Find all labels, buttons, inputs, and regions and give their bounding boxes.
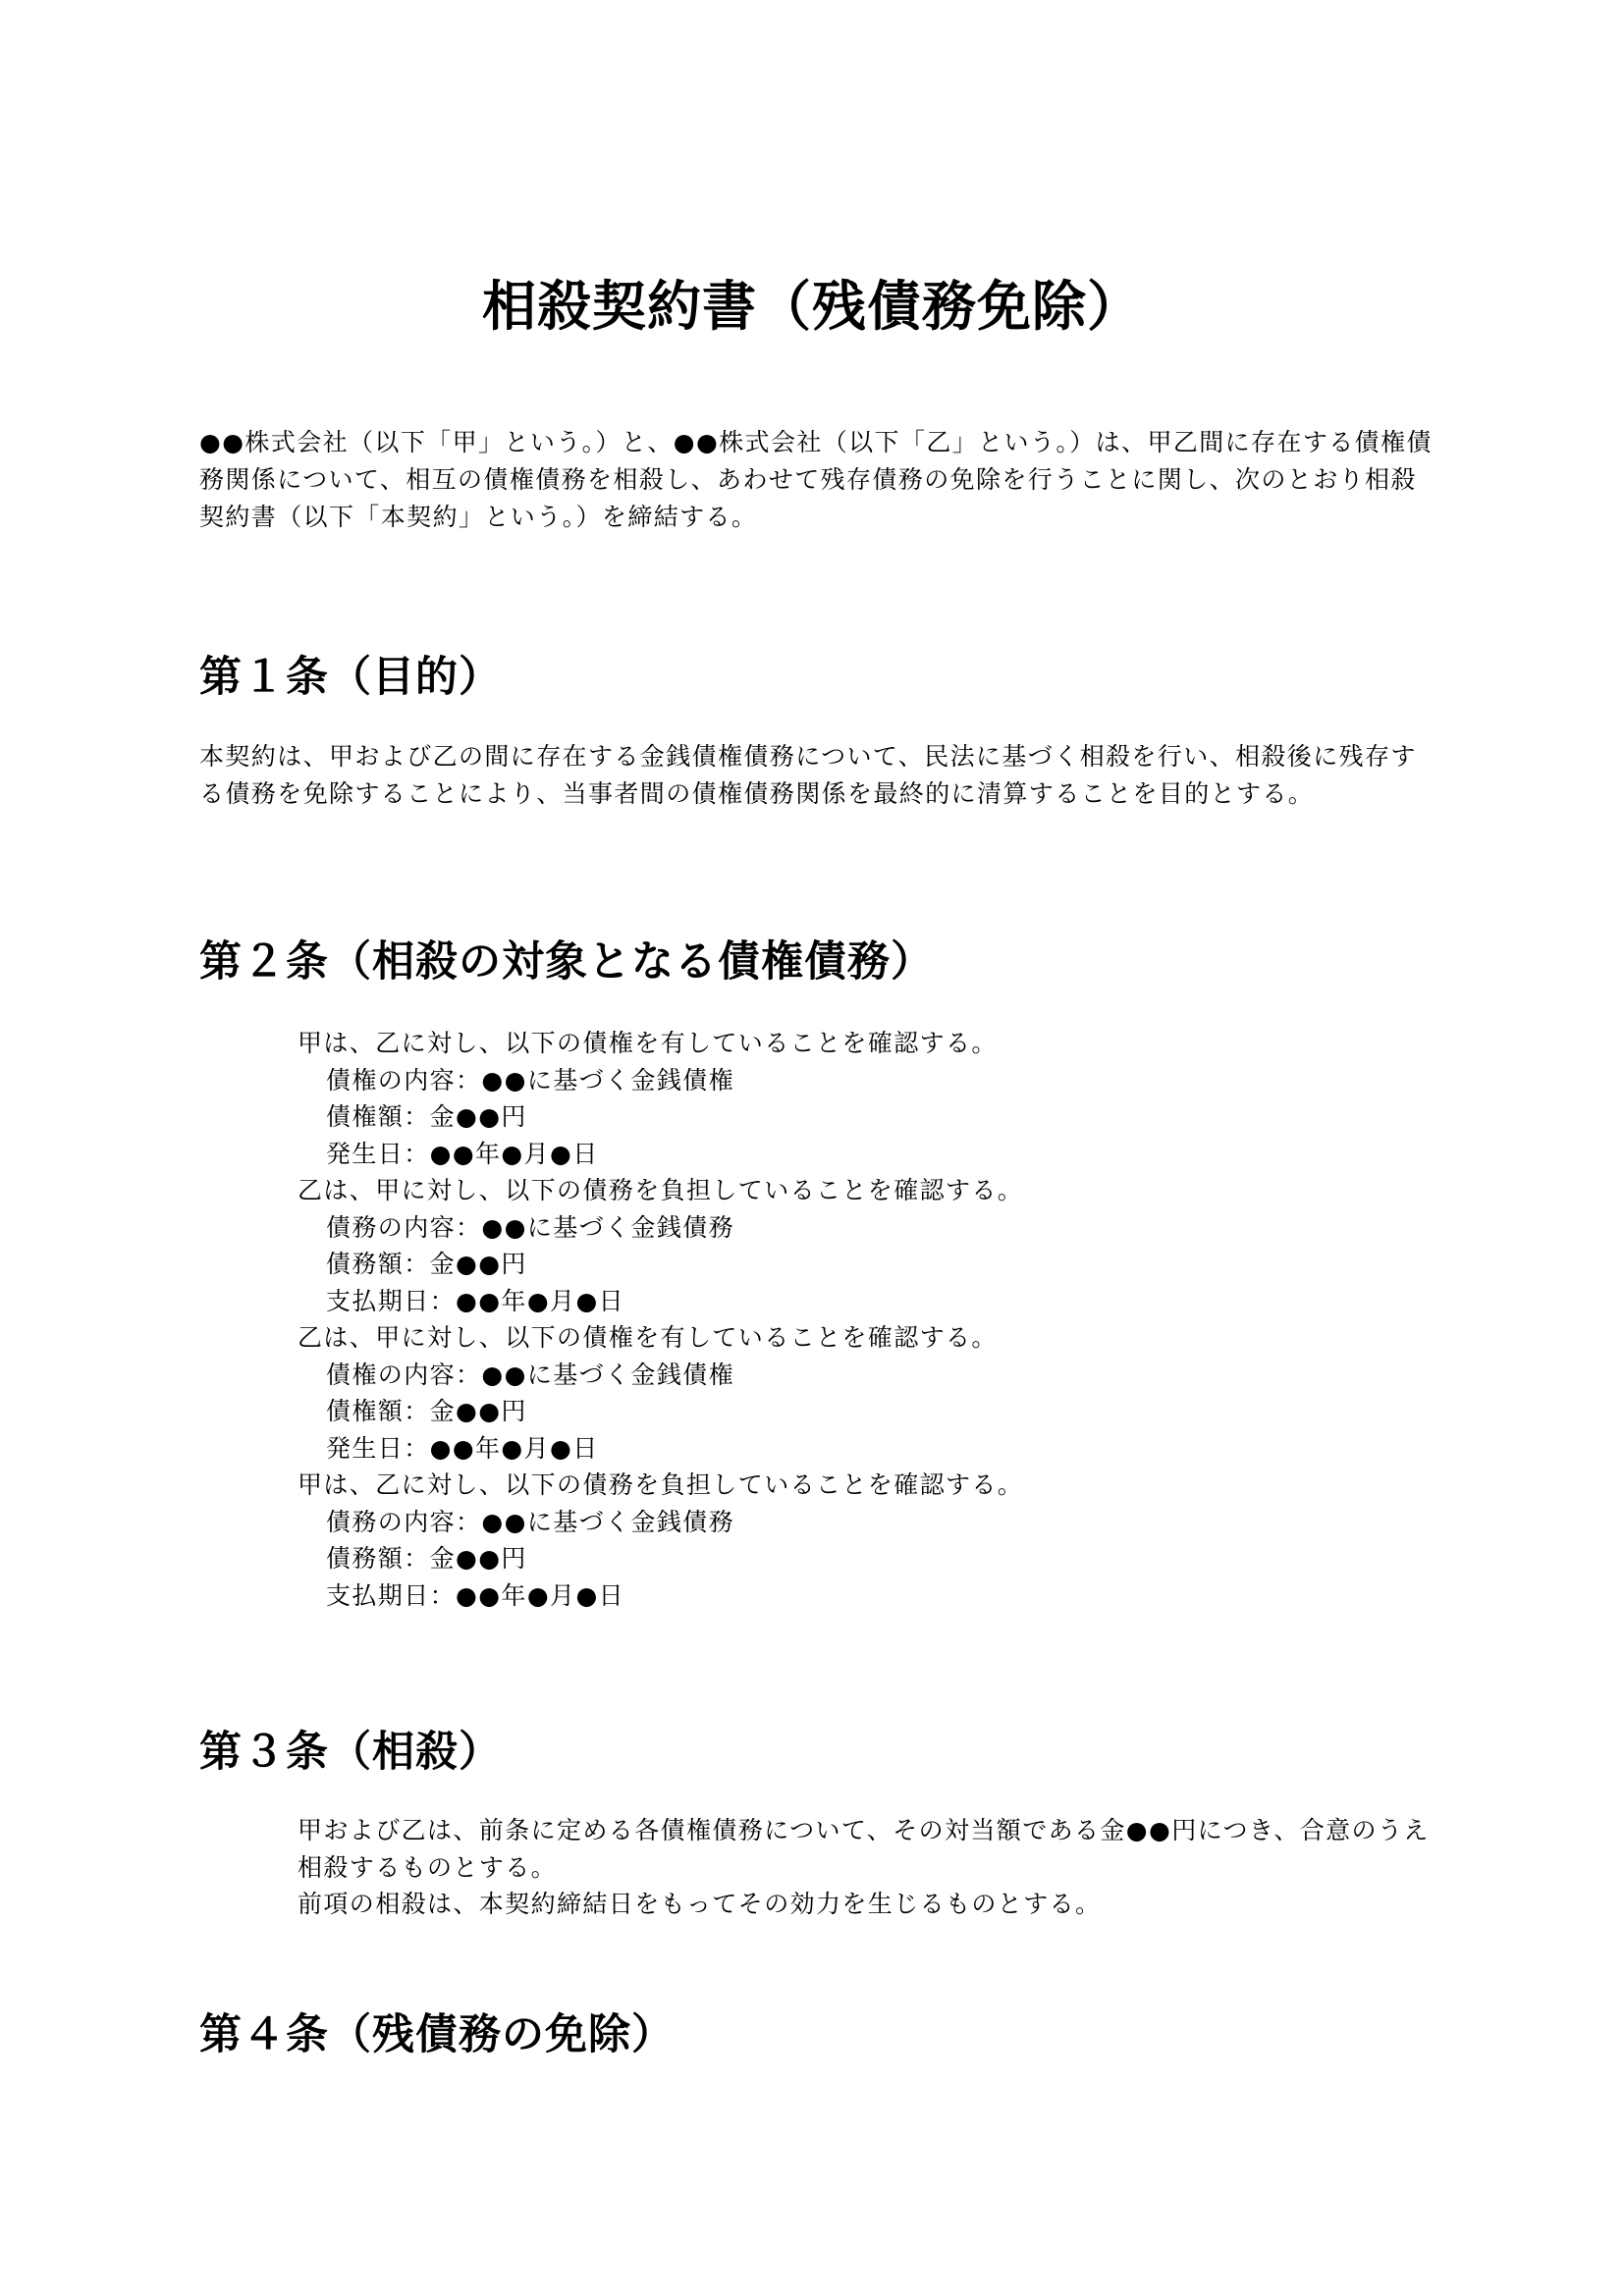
article-3-item-2: 前項の相殺は、本契約締結日をもってその効力を生じるものとする。: [298, 1886, 1436, 1923]
preamble-paragraph: ●●株式会社（以下「甲」という。）と、●●株式会社（以下「乙」という。）は、甲乙…: [199, 424, 1436, 536]
article-1-body: 本契約は、甲および乙の間に存在する金銭債権債務について、民法に基づく相殺を行い、…: [199, 738, 1436, 813]
article-2-heading: 第２条（相殺の対象となる債権債務）: [199, 933, 934, 991]
article-2-item-2-detail-amount: 債務額：金●●円: [298, 1246, 1436, 1283]
article-2-item-1-detail-date: 発生日：●●年●月●日: [298, 1136, 1436, 1173]
article-3-items: 甲および乙は、前条に定める各債権債務について、その対当額である金●●円につき、合…: [298, 1812, 1436, 1923]
article-2-item-3: 乙は、甲に対し、以下の債権を有していることを確認する。: [298, 1319, 1436, 1357]
article-2-item-4: 甲は、乙に対し、以下の債務を負担していることを確認する。: [298, 1467, 1436, 1504]
article-3-item-1: 甲および乙は、前条に定める各債権債務について、その対当額である金●●円につき、合…: [298, 1812, 1436, 1886]
article-2-item-1-detail-content: 債権の内容：●●に基づく金銭債権: [298, 1062, 1436, 1099]
article-2-item-2-detail-date: 支払期日：●●年●月●日: [298, 1283, 1436, 1320]
article-2-item-1-detail-amount: 債権額：金●●円: [298, 1098, 1436, 1136]
article-2-item-3-detail-amount: 債権額：金●●円: [298, 1393, 1436, 1430]
article-2-item-2-detail-content: 債務の内容：●●に基づく金銭債務: [298, 1209, 1436, 1247]
article-4-heading: 第４条（残債務の免除）: [199, 2005, 675, 2064]
document-page: 相殺契約書（残債務免除） ●●株式会社（以下「甲」という。）と、●●株式会社（以…: [0, 0, 1624, 2296]
document-title: 相殺契約書（残債務免除）: [0, 267, 1624, 346]
article-2-item-2: 乙は、甲に対し、以下の債務を負担していることを確認する。: [298, 1172, 1436, 1209]
article-1-heading: 第１条（目的）: [199, 648, 502, 707]
article-2-items: 甲は、乙に対し、以下の債権を有していることを確認する。 債権の内容：●●に基づく…: [298, 1025, 1436, 1614]
article-3-heading: 第３条（相殺）: [199, 1723, 502, 1782]
article-2-item-4-detail-amount: 債務額：金●●円: [298, 1540, 1436, 1577]
article-2-item-3-detail-content: 債権の内容：●●に基づく金銭債権: [298, 1357, 1436, 1394]
article-2-item-4-detail-date: 支払期日：●●年●月●日: [298, 1577, 1436, 1615]
article-2-item-1: 甲は、乙に対し、以下の債権を有していることを確認する。: [298, 1025, 1436, 1062]
article-2-item-4-detail-content: 債務の内容：●●に基づく金銭債務: [298, 1504, 1436, 1541]
article-2-item-3-detail-date: 発生日：●●年●月●日: [298, 1430, 1436, 1468]
